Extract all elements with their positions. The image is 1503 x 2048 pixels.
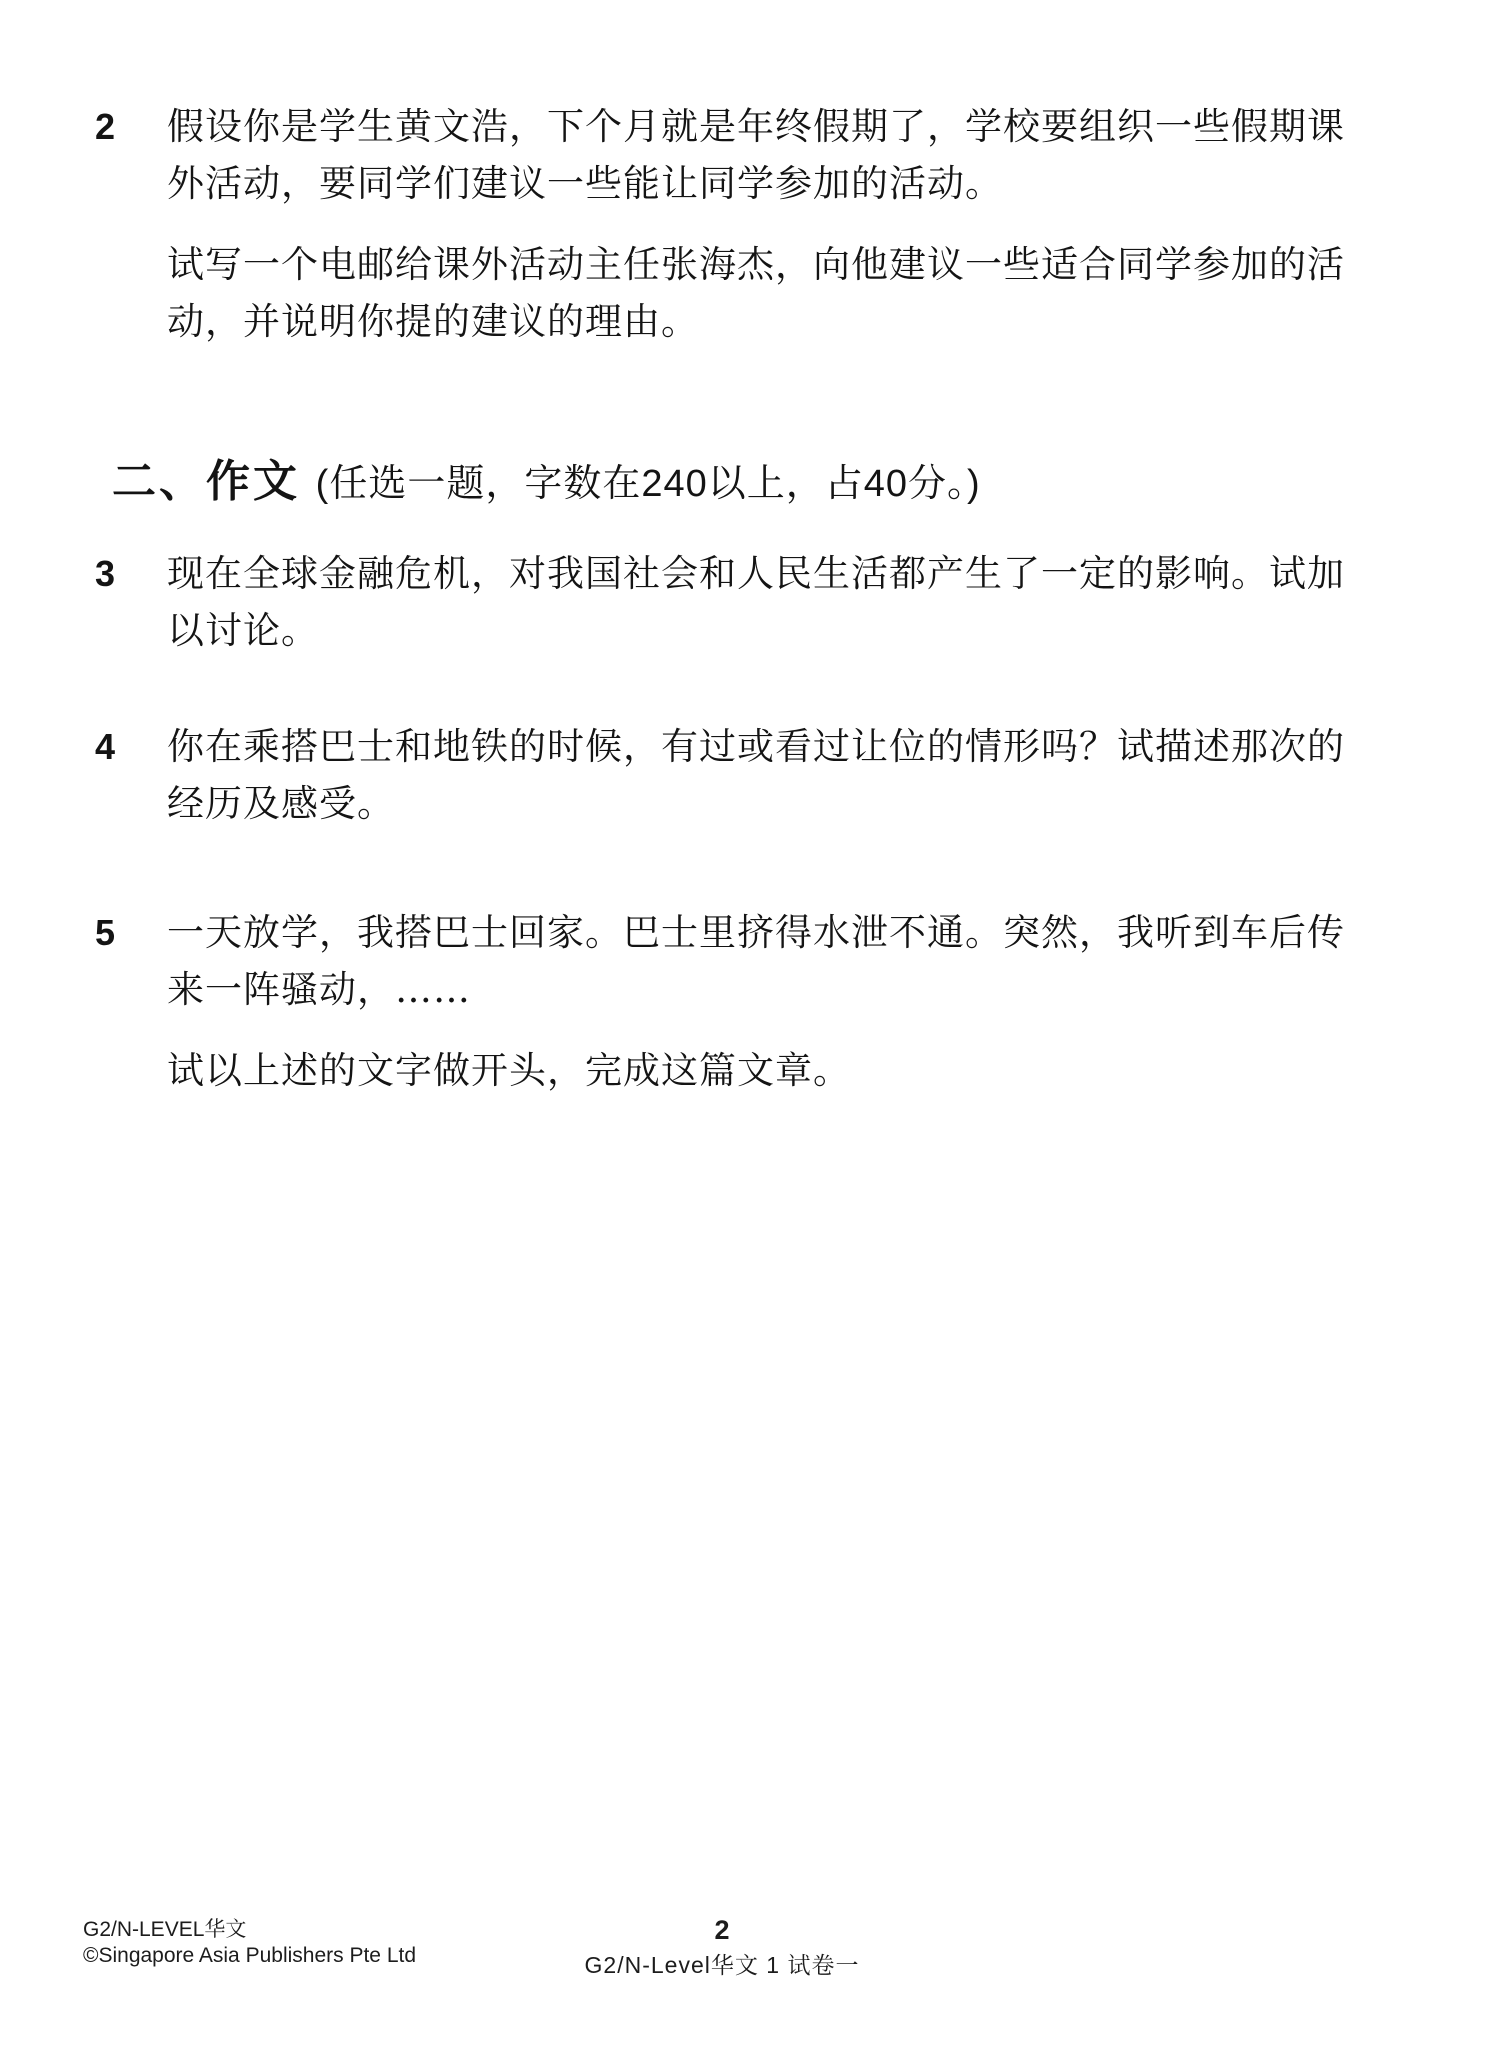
question-3-body: 现在全球金融危机，对我国社会和人民生活都产生了一定的影响。试加以讨论。: [167, 545, 1345, 659]
question-4-number: 4: [95, 718, 167, 775]
question-3-paragraph-1: 现在全球金融危机，对我国社会和人民生活都产生了一定的影响。试加以讨论。: [167, 545, 1345, 659]
question-3: 3 现在全球金融危机，对我国社会和人民生活都产生了一定的影响。试加以讨论。: [95, 545, 1345, 659]
question-5-paragraph-2: 试以上述的文字做开头，完成这篇文章。: [167, 1042, 1345, 1099]
question-5-paragraph-1: 一天放学，我搭巴士回家。巴士里挤得水泄不通。突然，我听到车后传来一阵骚动，……: [167, 904, 1345, 1018]
question-2-paragraph-1: 假设你是学生黄文浩，下个月就是年终假期了，学校要组织一些假期课外活动，要同学们建…: [167, 98, 1345, 212]
section-2-note: (任选一题，字数在240以上，占40分。): [316, 463, 981, 505]
question-2: 2 假设你是学生黄文浩，下个月就是年终假期了，学校要组织一些假期课外活动，要同学…: [95, 98, 1345, 350]
question-5-number: 5: [95, 904, 167, 961]
question-4-paragraph-1: 你在乘搭巴士和地铁的时候，有过或看过让位的情形吗？试描述那次的经历及感受。: [167, 718, 1345, 832]
question-2-number: 2: [95, 98, 167, 155]
question-4: 4 你在乘搭巴士和地铁的时候，有过或看过让位的情形吗？试描述那次的经历及感受。: [95, 718, 1345, 832]
footer-publisher-block: G2/N-LEVEL华文 ©Singapore Asia Publishers …: [83, 1917, 416, 1969]
footer-page-block: 2 G2/N-Level华文 1 试卷一: [392, 1916, 1052, 1978]
question-5: 5 一天放学，我搭巴士回家。巴士里挤得水泄不通。突然，我听到车后传来一阵骚动，……: [95, 904, 1345, 1099]
footer-series-label: G2/N-LEVEL华文: [83, 1917, 416, 1943]
footer-paper-label: G2/N-Level华文 1 试卷一: [392, 1952, 1052, 1978]
question-3-number: 3: [95, 545, 167, 602]
question-4-body: 你在乘搭巴士和地铁的时候，有过或看过让位的情形吗？试描述那次的经历及感受。: [167, 718, 1345, 832]
section-2-heading: 二、作文 (任选一题，字数在240以上，占40分。): [112, 453, 1345, 517]
question-2-paragraph-2: 试写一个电邮给课外活动主任张海杰，向他建议一些适合同学参加的活动，并说明你提的建…: [167, 236, 1345, 350]
footer-copyright: ©Singapore Asia Publishers Pte Ltd: [83, 1943, 416, 1969]
section-2-title: 二、作文: [112, 457, 300, 506]
question-5-body: 一天放学，我搭巴士回家。巴士里挤得水泄不通。突然，我听到车后传来一阵骚动，…… …: [167, 904, 1345, 1099]
exam-paper-page: 2 假设你是学生黄文浩，下个月就是年终假期了，学校要组织一些假期课外活动，要同学…: [0, 0, 1503, 2048]
page-number: 2: [392, 1916, 1052, 1944]
question-2-body: 假设你是学生黄文浩，下个月就是年终假期了，学校要组织一些假期课外活动，要同学们建…: [167, 98, 1345, 350]
